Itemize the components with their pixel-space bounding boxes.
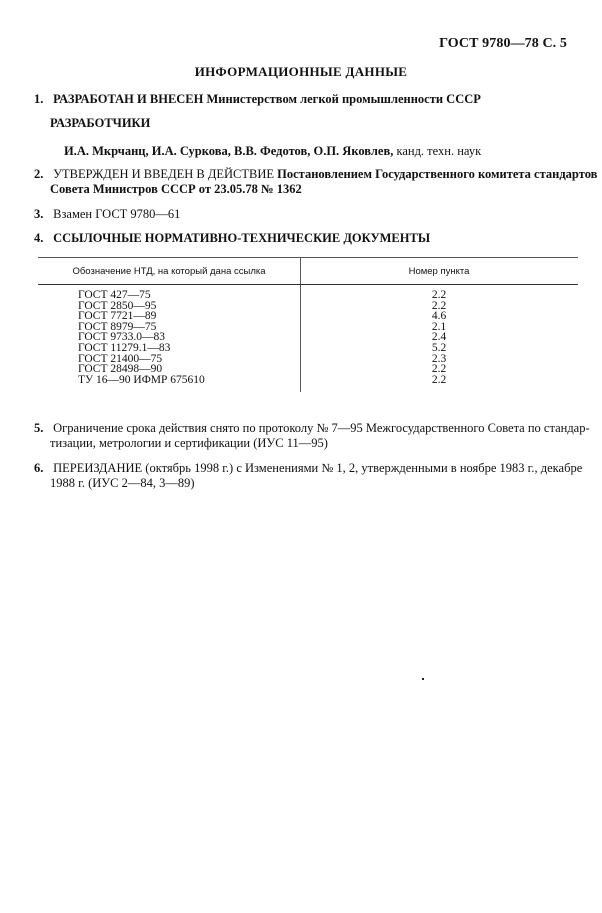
- item-text-continued: Совета Министров СССР от 23.05.78 № 1362: [34, 182, 597, 197]
- item-heading: РАЗРАБОТАН И ВНЕСЕН: [53, 92, 203, 106]
- item-text: Постановлением Государственного комитета…: [277, 167, 597, 181]
- item-6: 6. ПЕРЕИЗДАНИЕ (октябрь 1998 г.) с Измен…: [34, 461, 582, 491]
- clause-number: 5.2: [300, 343, 578, 354]
- developer-names: И.А. Мкрчанц, И.А. Суркова, В.В. Федотов…: [64, 144, 393, 158]
- item-text: Министерством легкой промышленности СССР: [207, 92, 481, 106]
- item-heading: ПЕРЕИЗДАНИЕ: [53, 461, 142, 475]
- table-row: ТУ 16—90 ИФМР 6756102.2: [38, 375, 578, 386]
- item-number: 2.: [34, 167, 50, 182]
- ntd-designation: ГОСТ 427—75: [78, 290, 151, 301]
- item-5: 5. Ограничение срока действия снято по п…: [34, 421, 590, 451]
- item-number: 1.: [34, 92, 50, 107]
- item-4: 4. ССЫЛОЧНЫЕ НОРМАТИВНО-ТЕХНИЧЕСКИЕ ДОКУ…: [34, 231, 430, 246]
- item-number: 5.: [34, 421, 50, 436]
- table-header-clause: Номер пункта: [300, 266, 578, 277]
- item-number: 6.: [34, 461, 50, 476]
- item-text-continued: тизации, метрологии и сертификации (ИУС …: [34, 436, 590, 451]
- item-number: 4.: [34, 231, 50, 246]
- table-header-rule: [38, 284, 578, 285]
- item-2: 2. УТВЕРЖДЕН И ВВЕДЕН В ДЕЙСТВИЕ Постано…: [34, 167, 597, 197]
- table-body: ГОСТ 427—752.2ГОСТ 2850—952.2ГОСТ 7721—8…: [38, 290, 578, 385]
- clause-number: 2.2: [300, 290, 578, 301]
- table-row: ГОСТ 427—752.2: [38, 290, 578, 301]
- ntd-designation: ТУ 16—90 ИФМР 675610: [78, 375, 205, 386]
- table-header-designation: Обозначение НТД, на который дана ссылка: [38, 266, 300, 277]
- item-text: Ограничение срока действия снято по прот…: [53, 421, 590, 435]
- item-1: 1. РАЗРАБОТАН И ВНЕСЕН Министерством лег…: [34, 92, 481, 107]
- scan-speck: [422, 678, 424, 680]
- table-row: ГОСТ 11279.1—835.2: [38, 343, 578, 354]
- item-heading: УТВЕРЖДЕН И ВВЕДЕН В ДЕЙСТВИЕ: [53, 167, 274, 181]
- item-text-continued: 1988 г. (ИУС 2—84, 3—89): [34, 476, 582, 491]
- ntd-designation: ГОСТ 11279.1—83: [78, 343, 170, 354]
- developer-degree: канд. техн. наук: [396, 144, 481, 158]
- document-title: ИНФОРМАЦИОННЫЕ ДАННЫЕ: [0, 64, 602, 80]
- clause-number: 2.2: [300, 375, 578, 386]
- item-3: 3. Взамен ГОСТ 9780—61: [34, 207, 180, 222]
- developers-names: И.А. Мкрчанц, И.А. Суркова, В.В. Федотов…: [64, 144, 481, 159]
- item-text: (октябрь 1998 г.) с Изменениями № 1, 2, …: [145, 461, 582, 475]
- item-number: 3.: [34, 207, 50, 222]
- item-heading: ССЫЛОЧНЫЕ НОРМАТИВНО-ТЕХНИЧЕСКИЕ ДОКУМЕН…: [53, 231, 430, 245]
- developers-label: РАЗРАБОТЧИКИ: [50, 116, 150, 131]
- table-top-rule: [38, 257, 578, 258]
- page-header: ГОСТ 9780—78 С. 5: [439, 36, 567, 52]
- item-text: Взамен ГОСТ 9780—61: [53, 207, 180, 221]
